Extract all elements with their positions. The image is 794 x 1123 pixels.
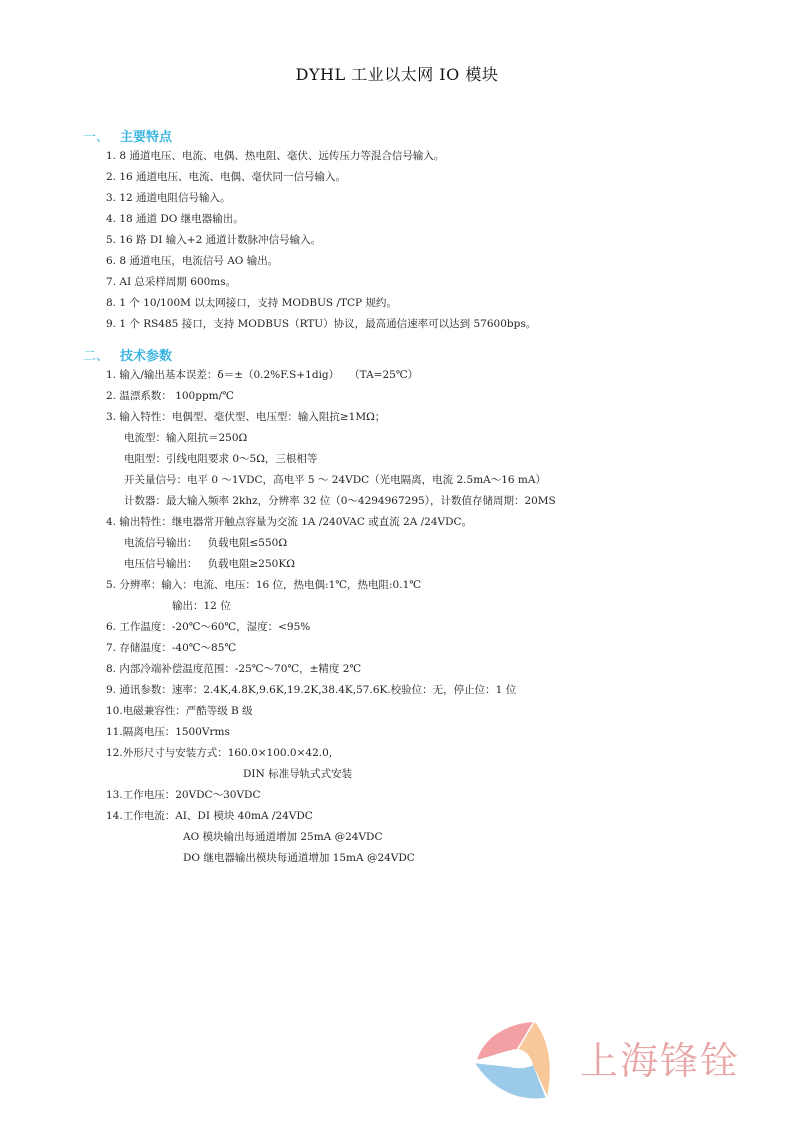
list-item: 输出：12 位 bbox=[172, 598, 231, 613]
tri-swirl-logo-icon bbox=[470, 1013, 560, 1103]
list-item: 计数器：最大输入频率 2khz，分辨率 32 位（0～4294967295），计… bbox=[124, 493, 556, 508]
list-item: 电流型：输入阻抗＝250Ω bbox=[124, 430, 247, 445]
list-item: 7. 存储温度：-40℃～85℃ bbox=[106, 640, 236, 655]
list-item: 1. 输入/输出基本误差：δ＝±（0.2%F.S+1dig） （TA=25℃） bbox=[106, 367, 418, 382]
list-item: 电压信号输出： 负载电阻≥250KΩ bbox=[124, 556, 295, 571]
list-item: 电阻型：引线电阻要求 0～5Ω，三根相等 bbox=[124, 451, 317, 466]
section-heading-features: 一、主要特点 bbox=[83, 126, 172, 145]
list-item: 14.工作电流：AI、DI 模块 40mA /24VDC bbox=[106, 808, 313, 823]
document-title: DYHL 工业以太网 IO 模块 bbox=[0, 62, 794, 85]
section-number: 二、 bbox=[83, 345, 120, 364]
list-item: 6. 工作温度：-20℃～60℃，湿度：<95% bbox=[106, 619, 310, 634]
section-number: 一、 bbox=[83, 126, 120, 145]
list-item: 2. 温漂系数： 100ppm/℃ bbox=[106, 388, 234, 403]
list-item: 5. 分辨率：输入：电流、电压：16 位，热电偶:1℃，热电阻:0.1℃ bbox=[106, 577, 421, 592]
brand-watermark: 上海锋铨 bbox=[580, 1030, 740, 1085]
list-item: 6. 8 通道电压，电流信号 AO 输出。 bbox=[106, 253, 278, 268]
list-item: 13.工作电压：20VDC～30VDC bbox=[106, 787, 261, 802]
list-item: 开关量信号：电平 0 ～1VDC，高电平 5 ～ 24VDC（光电隔离，电流 2… bbox=[124, 472, 546, 487]
list-item: 5. 16 路 DI 输入+2 通道计数脉冲信号输入。 bbox=[106, 232, 321, 247]
list-item: 8. 1 个 10/100M 以太网接口，支持 MODBUS /TCP 规约。 bbox=[106, 295, 397, 310]
list-item: 3. 12 通道电阻信号输入。 bbox=[106, 190, 231, 205]
list-item: AO 模块输出每通道增加 25mA @24VDC bbox=[183, 829, 383, 844]
list-item: DO 继电器输出模块每通道增加 15mA @24VDC bbox=[183, 850, 415, 865]
list-item: 电流信号输出： 负载电阻≤550Ω bbox=[124, 535, 287, 550]
list-item: 7. AI 总采样周期 600ms。 bbox=[106, 274, 236, 289]
list-item: 1. 8 通道电压、电流、电偶、热电阻、毫伏、远传压力等混合信号输入。 bbox=[106, 148, 444, 163]
list-item: 3. 输入特性：电偶型、毫伏型、电压型：输入阻抗≥1MΩ； bbox=[106, 409, 385, 424]
list-item: 8. 内部冷端补偿温度范围：-25℃～70℃，±精度 2℃ bbox=[106, 661, 361, 676]
list-item: 4. 输出特性：继电器常开触点容量为交流 1A /240VAC 或直流 2A /… bbox=[106, 514, 472, 529]
list-item: 4. 18 通道 DO 继电器输出。 bbox=[106, 211, 244, 226]
list-item: 2. 16 通道电压、电流、电偶、毫伏同一信号输入。 bbox=[106, 169, 346, 184]
list-item: 9. 1 个 RS485 接口，支持 MODBUS（RTU）协议，最高通信速率可… bbox=[106, 316, 536, 331]
section-title: 技术参数 bbox=[120, 349, 172, 364]
list-item: 10.电磁兼容性：严酷等级 B 级 bbox=[106, 703, 253, 718]
list-item: 12.外形尺寸与安装方式：160.0×100.0×42.0, bbox=[106, 745, 332, 760]
list-item: 11.隔离电压：1500Vrms bbox=[106, 724, 230, 739]
list-item: 9. 通讯参数：速率：2.4K,4.8K,9.6K,19.2K,38.4K,57… bbox=[106, 682, 516, 697]
list-item: DIN 标准导轨式式安装 bbox=[243, 766, 352, 781]
section-title: 主要特点 bbox=[120, 130, 172, 145]
section-heading-specs: 二、技术参数 bbox=[83, 345, 172, 364]
